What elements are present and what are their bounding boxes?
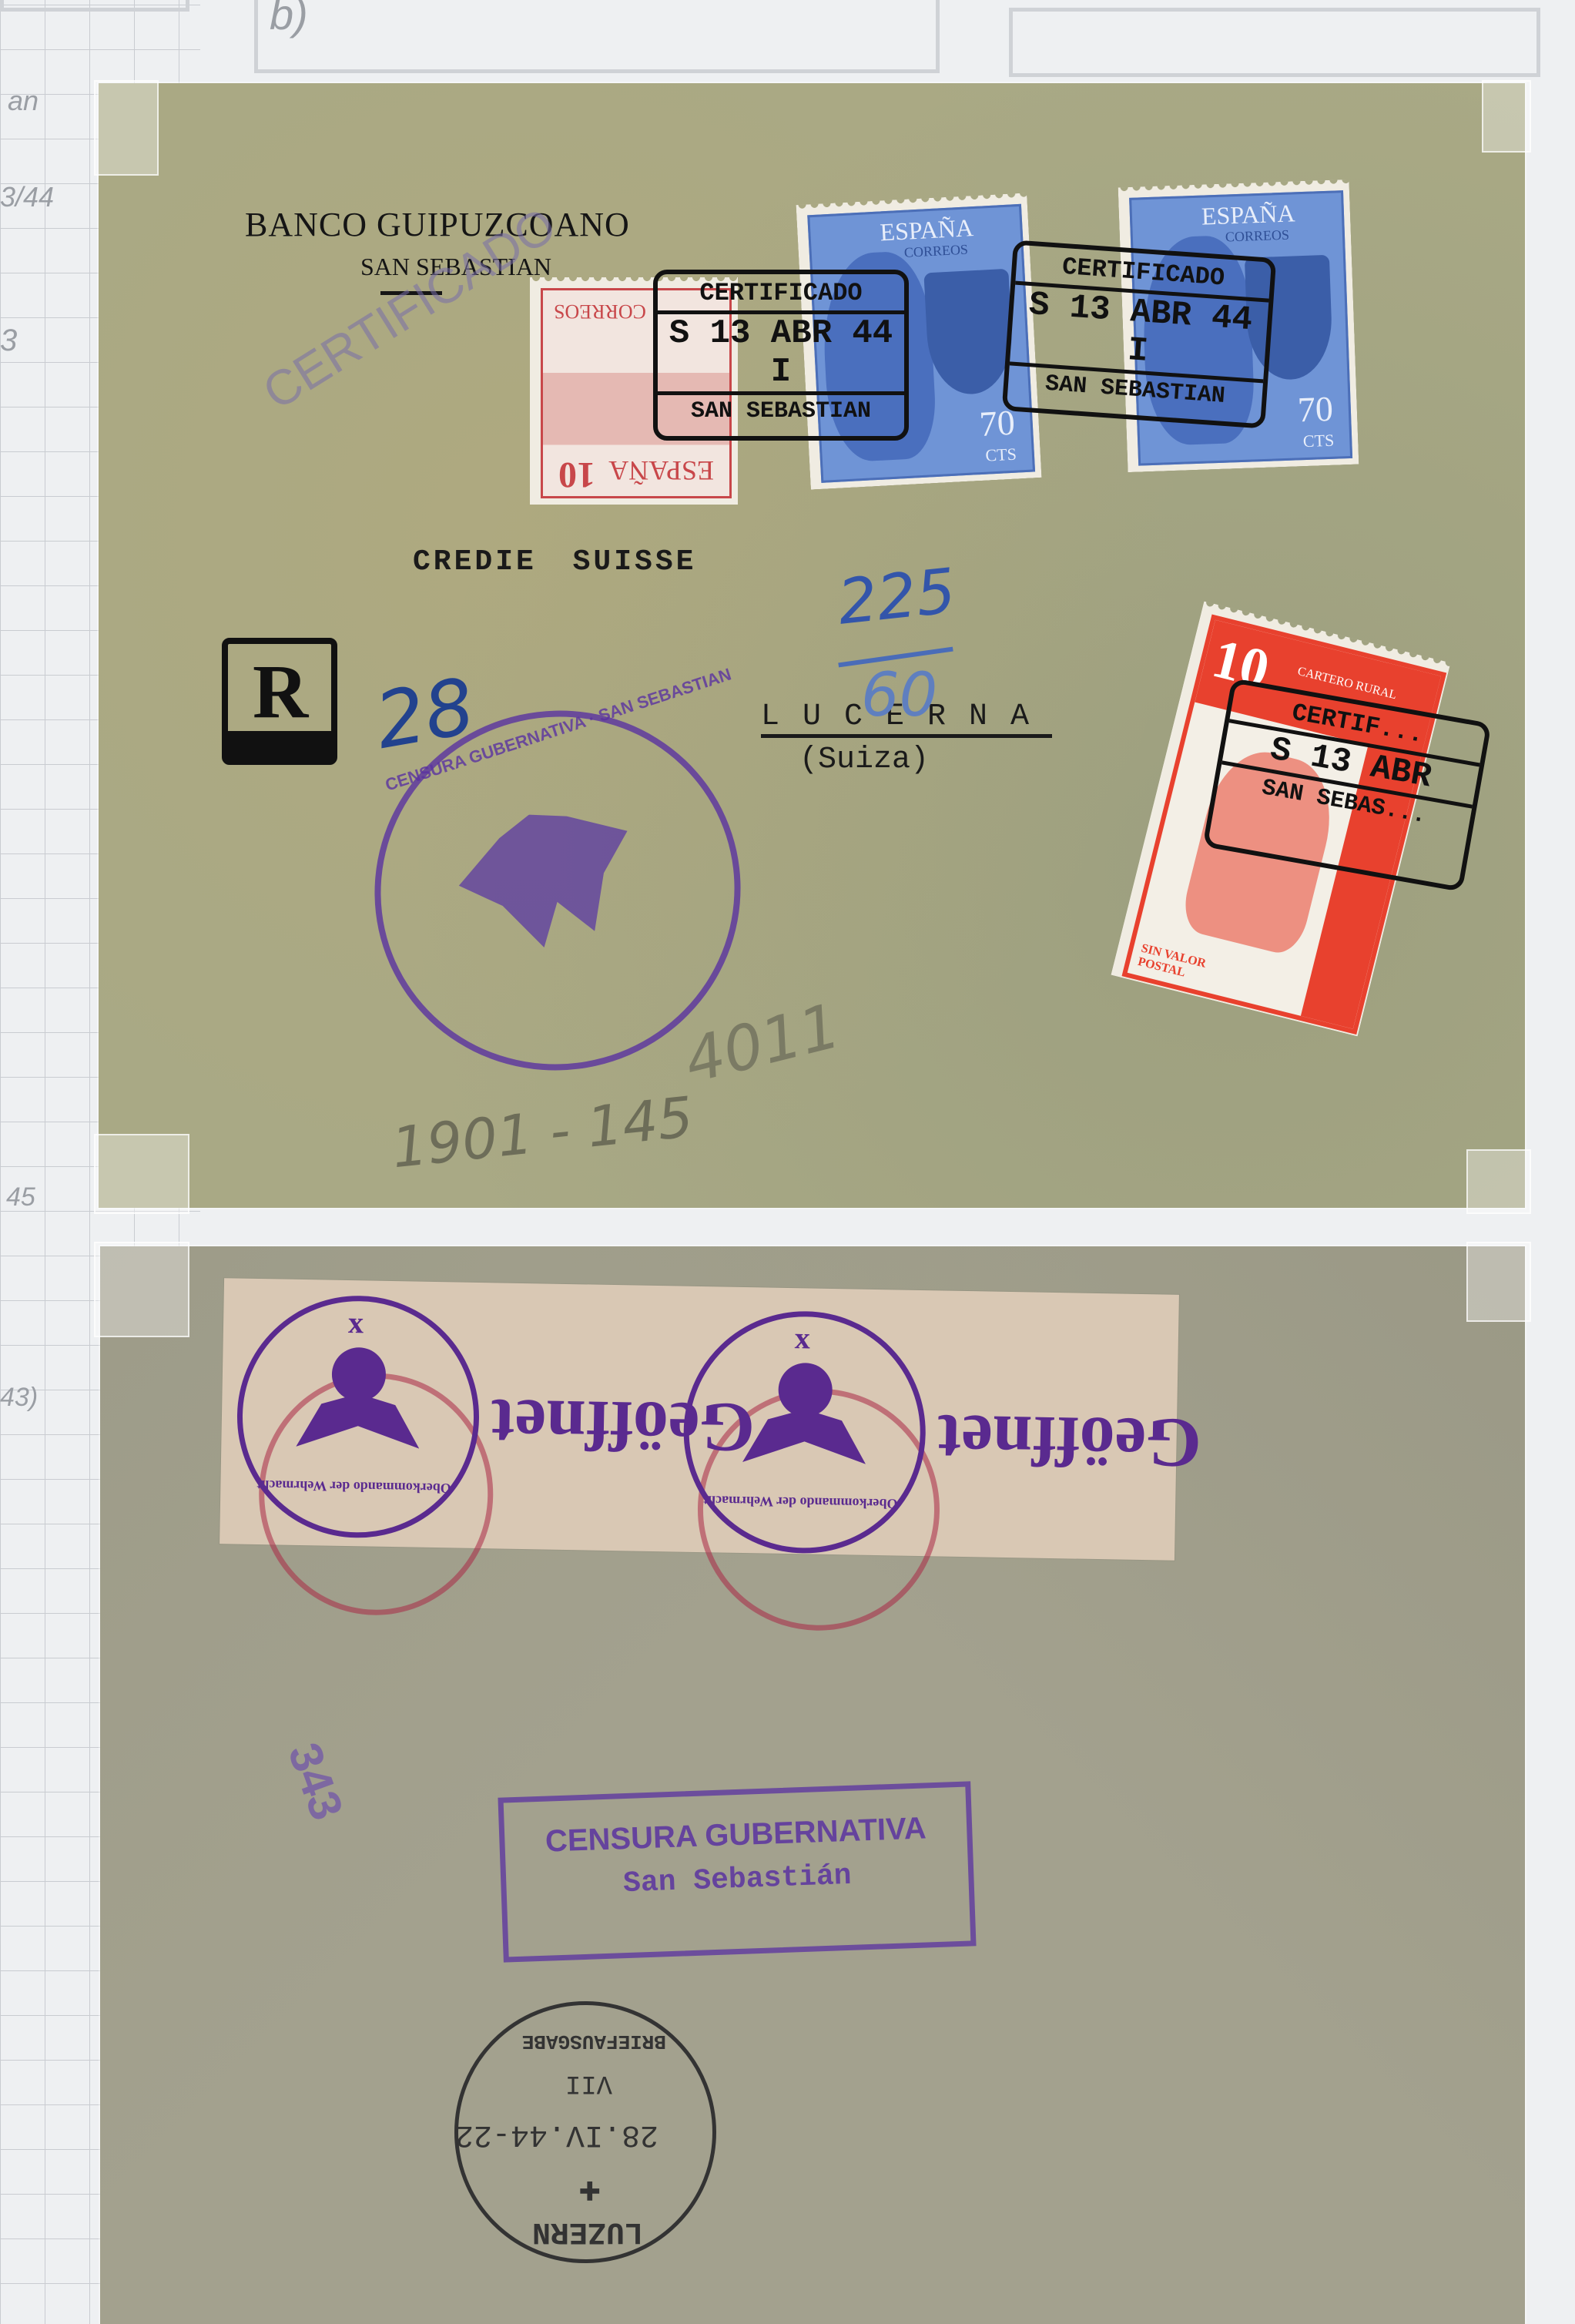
arrival-postmark: LUZERN 28.IV.44-22 VII BRIEFAUSGABE ✚ bbox=[454, 2001, 716, 2263]
margin-note: 45 bbox=[6, 1182, 35, 1212]
stamp-country: ESPAÑA bbox=[608, 454, 714, 487]
header-frame-left bbox=[0, 0, 189, 12]
spanish-censor-stamp: CENSURA GUBERNATIVA San Sebastián bbox=[498, 1781, 976, 1962]
header-frame-main bbox=[254, 0, 940, 73]
stamp-unit: CTS bbox=[1302, 431, 1334, 451]
seal-text: Oberkommando der Wehrmacht bbox=[703, 1492, 898, 1511]
mount-corner bbox=[1482, 80, 1531, 153]
seal-mark: x bbox=[348, 1304, 364, 1340]
registered-cancellation: CERTIFICADO S 13 ABR 44 I SAN SEBASTIAN bbox=[653, 270, 909, 441]
mount-corner bbox=[94, 80, 159, 176]
margin-note: 43) bbox=[0, 1383, 38, 1413]
swiss-cross-icon: ✚ bbox=[579, 2173, 602, 2205]
postmark-city: LUZERN bbox=[532, 2214, 643, 2249]
registration-label: R bbox=[222, 638, 337, 765]
header-note: b) bbox=[270, 0, 308, 39]
stamp-text: CORREOS bbox=[554, 300, 646, 323]
censor-tape: x Oberkommando der Wehrmacht Geöffnet x … bbox=[219, 1278, 1179, 1561]
stamp-value: 70 bbox=[1297, 388, 1334, 431]
margin-note: 3/44 bbox=[0, 181, 54, 213]
mount-corner bbox=[94, 1134, 189, 1214]
stamp-country: ESPAÑA bbox=[1201, 199, 1295, 230]
stamp-value: 10 bbox=[558, 454, 595, 496]
censor-number: 343 bbox=[278, 1736, 354, 1827]
registered-cancellation: CERTIFICADO S 13 ABR 44 I SAN SEBASTIAN bbox=[1002, 240, 1277, 428]
stamp-text: CORREOS bbox=[903, 242, 968, 261]
envelope-front: BANCO GUIPUZCOANO SAN SEBASTIAN CERTIFIC… bbox=[99, 83, 1525, 1208]
addressee-name: CREDIE SUISSE bbox=[413, 545, 696, 578]
postmark-office: BRIEFAUSGABE bbox=[522, 2030, 666, 2053]
cancel-date: S 13 ABR 44 I bbox=[658, 310, 904, 395]
eagle-icon bbox=[444, 787, 653, 967]
censor-line-1: CENSURA GUBERNATIVA bbox=[504, 1810, 967, 1861]
swastika-wreath-icon bbox=[331, 1347, 386, 1402]
addressee-country: (Suiza) bbox=[799, 743, 929, 777]
postmark-code: VII bbox=[565, 2068, 612, 2098]
pencil-note: 4011 bbox=[678, 990, 847, 1097]
pencil-note: 1901 - 145 bbox=[389, 1085, 696, 1181]
stamp-unit: CTS bbox=[985, 444, 1017, 466]
swastika-wreath-icon bbox=[778, 1363, 833, 1417]
seal-text: Oberkommando der Wehrmacht bbox=[256, 1477, 451, 1496]
censor-line-2: San Sebastián bbox=[506, 1856, 969, 1905]
header-frame-right bbox=[1009, 8, 1540, 77]
registration-number-bar bbox=[228, 731, 331, 759]
postmark-date: 28.IV.44-22 bbox=[455, 2117, 658, 2151]
cancel-bottom: SAN SEBASTIAN bbox=[658, 398, 904, 424]
cancel-date: S 13 ABR 44 I bbox=[1010, 281, 1269, 384]
margin-note: an bbox=[8, 85, 39, 117]
margin-note: 3 bbox=[0, 324, 17, 358]
sender-name: BANCO GUIPUZCOANO bbox=[245, 205, 630, 244]
seal-mark: x bbox=[794, 1320, 810, 1356]
envelope-back: x Oberkommando der Wehrmacht Geöffnet x … bbox=[100, 1246, 1525, 2324]
stamp-text: CORREOS bbox=[1225, 227, 1290, 246]
mount-corner bbox=[94, 1242, 189, 1337]
geoffnet-label: Geöffnet bbox=[937, 1398, 1202, 1484]
registration-letter: R bbox=[253, 647, 308, 736]
stamp-note: SIN VALOR POSTAL bbox=[1136, 941, 1210, 985]
handwritten-fraction-bottom: 60 bbox=[861, 661, 937, 730]
mount-corner bbox=[1466, 1149, 1531, 1214]
coat-of-arms bbox=[923, 269, 1014, 397]
cancel-top: CERTIFICADO bbox=[658, 279, 904, 307]
mount-corner bbox=[1466, 1242, 1531, 1322]
handwritten-fraction-top: 225 bbox=[835, 555, 960, 638]
